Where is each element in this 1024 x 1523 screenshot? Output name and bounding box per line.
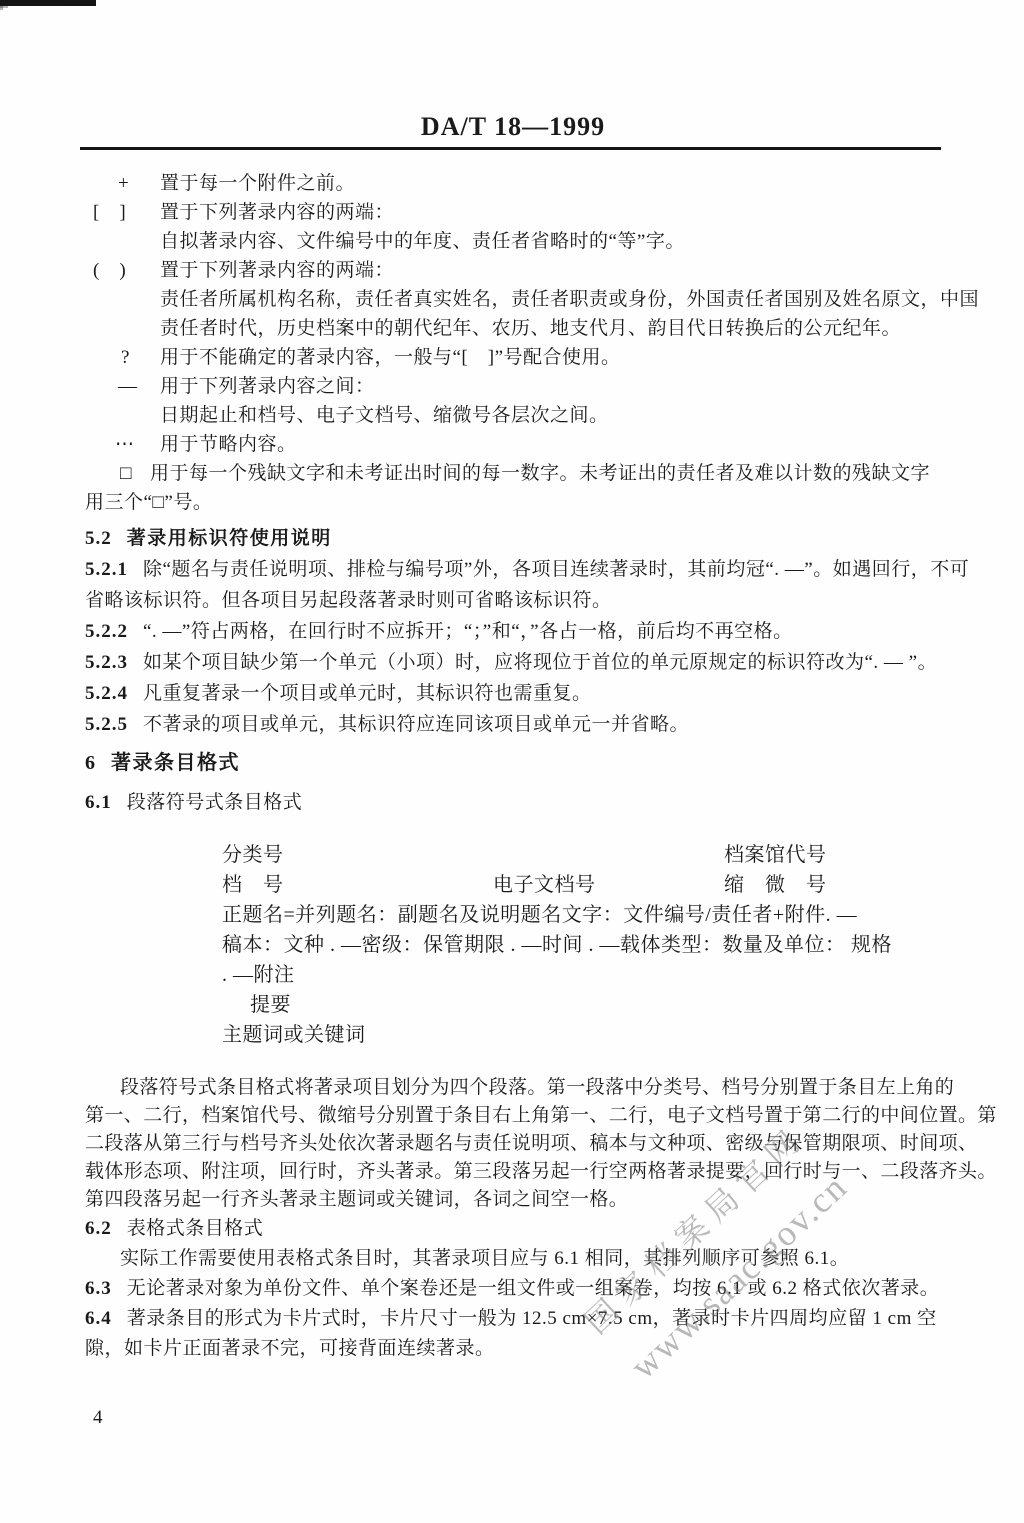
format-body-line: 正题名=并列题名：副题名及说明题名文字：文件编号/责任者+附件. — — [222, 900, 941, 930]
clause-title: 段落符号式条目格式 — [127, 792, 303, 813]
clause-number: 5.2.3 — [85, 652, 128, 673]
page-number: 4 — [93, 1407, 103, 1429]
section-title: 著录条目格式 — [111, 752, 240, 774]
clause-number: 5.2.1 — [85, 559, 128, 580]
keywords-label: 主题词或关键词 — [222, 1020, 941, 1050]
symbol-item-square-brackets: [ ] 置于下列著录内容的两端： — [85, 198, 941, 227]
file-number-label: 档 号 — [222, 870, 284, 900]
clause-6-4-continuation: 隙，如卡片正面著录不完，可接背面连续著录。 — [85, 1334, 941, 1364]
paragraph-line: 段落符号式条目格式将著录项目划分为四个段落。第一段落中分类号、档号分别置于条目左… — [85, 1074, 941, 1102]
clause-5-2-2: 5.2.2“. —”符占两格，在回行时不应拆开；“；”和“，”各占一格，前后均不… — [85, 616, 941, 647]
clause-title: 表格式条目格式 — [127, 1218, 264, 1239]
clause-number: 6.4 — [85, 1308, 112, 1329]
symbol-item-parentheses: ( ) 置于下列著录内容的两端： — [85, 256, 941, 285]
clause-number: 6.2 — [85, 1218, 112, 1239]
clause-number: 5.2.2 — [85, 621, 128, 642]
symbol-glyph: + — [85, 169, 160, 198]
document-page: DA/T 18—1999 + 置于每一个附件之前。 [ ] 置于下列著录内容的两… — [0, 0, 1024, 1523]
symbol-item-missing-char: □用于每一个残缺文字和未考证出时间的每一数字。未考证出的责任者及难以计数的残缺文… — [85, 459, 941, 488]
format-row-2: 档 号 电子文档号 缩 微 号 — [85, 870, 941, 900]
clause-5-2-heading: 5.2著录用标识符使用说明 — [85, 523, 941, 554]
clause-number: 5.2.4 — [85, 683, 128, 704]
symbol-item-continuation: 责任者所属机构名称，责任者真实姓名，责任者职责或身份，外国责任者国别及姓名原文，… — [160, 285, 941, 314]
clause-5-2-block: 5.2著录用标识符使用说明 5.2.1除“题名与责任说明项、排检与编号项”外，各… — [85, 523, 941, 740]
clause-6-1-heading: 6.1段落符号式条目格式 — [85, 788, 941, 818]
clause-6-1-paragraph: 段落符号式条目格式将著录项目划分为四个段落。第一段落中分类号、档号分别置于条目左… — [85, 1074, 941, 1214]
clause-number: 5.2 — [85, 528, 112, 549]
clause-title: 著录用标识符使用说明 — [127, 528, 332, 549]
paragraph-line: 载体形态项、附注项，回行时，齐头著录。第三段落另起一行空两格著录提要，回行时与一… — [85, 1158, 941, 1186]
symbol-text: 用于不能确定的著录内容，一般与“[ ]”号配合使用。 — [160, 343, 941, 372]
clause-text: 凡重复著录一个项目或单元时，其标识符也需重复。 — [143, 683, 592, 704]
clause-text: “. —”符占两格，在回行时不应拆开；“；”和“，”各占一格，前后均不再空格。 — [143, 621, 793, 642]
header-rule — [80, 147, 941, 150]
clause-6-3: 6.3无论著录对象为单份文件、单个案卷还是一组文件或一组案卷，均按 6.1 或 … — [85, 1274, 941, 1304]
symbol-glyph: ? — [85, 343, 160, 372]
symbol-text: 置于每一个附件之前。 — [160, 169, 941, 198]
standard-number-header: DA/T 18—1999 — [85, 112, 941, 142]
scan-artifact — [0, 0, 60, 2]
symbol-glyph: ( ) — [85, 256, 160, 285]
symbol-glyph: □ — [120, 459, 132, 488]
symbol-text: 用于下列著录内容之间： — [160, 372, 941, 401]
clause-5-2-4: 5.2.4凡重复著录一个项目或单元时，其标识符也需重复。 — [85, 678, 941, 709]
symbol-usage-list: + 置于每一个附件之前。 [ ] 置于下列著录内容的两端： 自拟著录内容、文件编… — [85, 169, 941, 517]
format-body-line: . —附注 — [222, 960, 941, 990]
abstract-label: 提要 — [250, 990, 941, 1020]
microfilm-number-label: 缩 微 号 — [724, 870, 827, 900]
e-document-number-label: 电子文档号 — [493, 870, 596, 900]
symbol-item-dash: — 用于下列著录内容之间： — [85, 372, 941, 401]
clause-text: 著录条目的形式为卡片式时，卡片尺寸一般为 12.5 cm×7.5 cm，著录时卡… — [127, 1308, 937, 1329]
bottom-clauses: 6.2表格式条目格式 实际工作需要使用表格式条目时，其著录项目应与 6.1 相同… — [85, 1214, 941, 1364]
symbol-text: 用于每一个残缺文字和未考证出时间的每一数字。未考证出的责任者及难以计数的残缺文字 — [150, 463, 930, 484]
clause-5-2-1-continuation: 省略该标识符。但各项目另起段落著录时则可省略该标识符。 — [85, 585, 941, 616]
symbol-glyph: ⋯ — [85, 430, 160, 459]
symbol-text: 置于下列著录内容的两端： — [160, 198, 941, 227]
archive-code-label: 档案馆代号 — [724, 840, 827, 870]
clause-5-2-5: 5.2.5不著录的项目或单元，其标识符应连同该项目或单元一并省略。 — [85, 709, 941, 740]
symbol-glyph: [ ] — [85, 198, 160, 227]
clause-text: 不著录的项目或单元，其标识符应连同该项目或单元一并省略。 — [143, 714, 689, 735]
symbol-text: 置于下列著录内容的两端： — [160, 256, 941, 285]
symbol-text: 用于节略内容。 — [160, 430, 941, 459]
clause-number: 6 — [85, 752, 96, 774]
symbol-item-question-mark: ? 用于不能确定的著录内容，一般与“[ ]”号配合使用。 — [85, 343, 941, 372]
clause-text: 无论著录对象为单份文件、单个案卷还是一组文件或一组案卷，均按 6.1 或 6.2… — [127, 1278, 940, 1299]
clause-6-4: 6.4著录条目的形式为卡片式时，卡片尺寸一般为 12.5 cm×7.5 cm，著… — [85, 1304, 941, 1334]
clause-5-2-3: 5.2.3如某个项目缺少第一个单元（小项）时，应将现位于首位的单元原规定的标识符… — [85, 647, 941, 678]
symbol-item-plus: + 置于每一个附件之前。 — [85, 169, 941, 198]
clause-number: 6.3 — [85, 1278, 112, 1299]
paragraph-line: 第一、二行，档案馆代号、微缩号分别置于条目右上角第一、二行，电子文档号置于第二行… — [85, 1102, 941, 1130]
symbol-glyph: — — [85, 372, 160, 401]
symbol-item-continuation: 自拟著录内容、文件编号中的年度、责任者省略时的“等”字。 — [160, 227, 941, 256]
clause-6-2-heading: 6.2表格式条目格式 — [85, 1214, 941, 1244]
symbol-item-continuation: 责任者时代，历史档案中的朝代纪年、农历、地支代月、韵目代日转换后的公元纪年。 — [160, 314, 941, 343]
clause-number: 6.1 — [85, 792, 112, 813]
paragraph-line: 第四段落另起一行齐头著录主题词或关键词，各词之间空一格。 — [85, 1186, 941, 1214]
entry-format-example: 分类号 档案馆代号 档 号 电子文档号 缩 微 号 正题名=并列题名：副题名及说… — [85, 840, 941, 1050]
page-content: DA/T 18—1999 + 置于每一个附件之前。 [ ] 置于下列著录内容的两… — [85, 0, 941, 1364]
symbol-item-ellipsis: ⋯ 用于节略内容。 — [85, 430, 941, 459]
clause-number: 5.2.5 — [85, 714, 128, 735]
clause-6-2-body: 实际工作需要使用表格式条目时，其著录项目应与 6.1 相同，其排列顺序可参照 6… — [85, 1244, 941, 1274]
symbol-item-continuation: 日期起止和档号、电子文档号、缩微号各层次之间。 — [160, 401, 941, 430]
paragraph-line: 二段落从第三行与档号齐头处依次著录题名与责任说明项、稿本与文种项、密级与保管期限… — [85, 1130, 941, 1158]
clause-5-2-1: 5.2.1除“题名与责任说明项、排检与编号项”外，各项目连续著录时，其前均冠“.… — [85, 554, 941, 585]
symbol-item-continuation: 用三个“□”号。 — [85, 488, 941, 517]
clause-text: 除“题名与责任说明项、排检与编号项”外，各项目连续著录时，其前均冠“. —”。如… — [143, 559, 969, 580]
classification-number-label: 分类号 — [222, 840, 284, 870]
format-body-line: 稿本：文种 . —密级：保管期限 . —时间 . —载体类型：数量及单位： 规格 — [222, 930, 941, 960]
clause-text: 如某个项目缺少第一个单元（小项）时，应将现位于首位的单元原规定的标识符改为“. … — [143, 652, 937, 673]
format-row-1: 分类号 档案馆代号 — [85, 840, 941, 870]
section-6-heading: 6著录条目格式 — [85, 748, 941, 778]
scan-artifact — [0, 0, 3, 10]
